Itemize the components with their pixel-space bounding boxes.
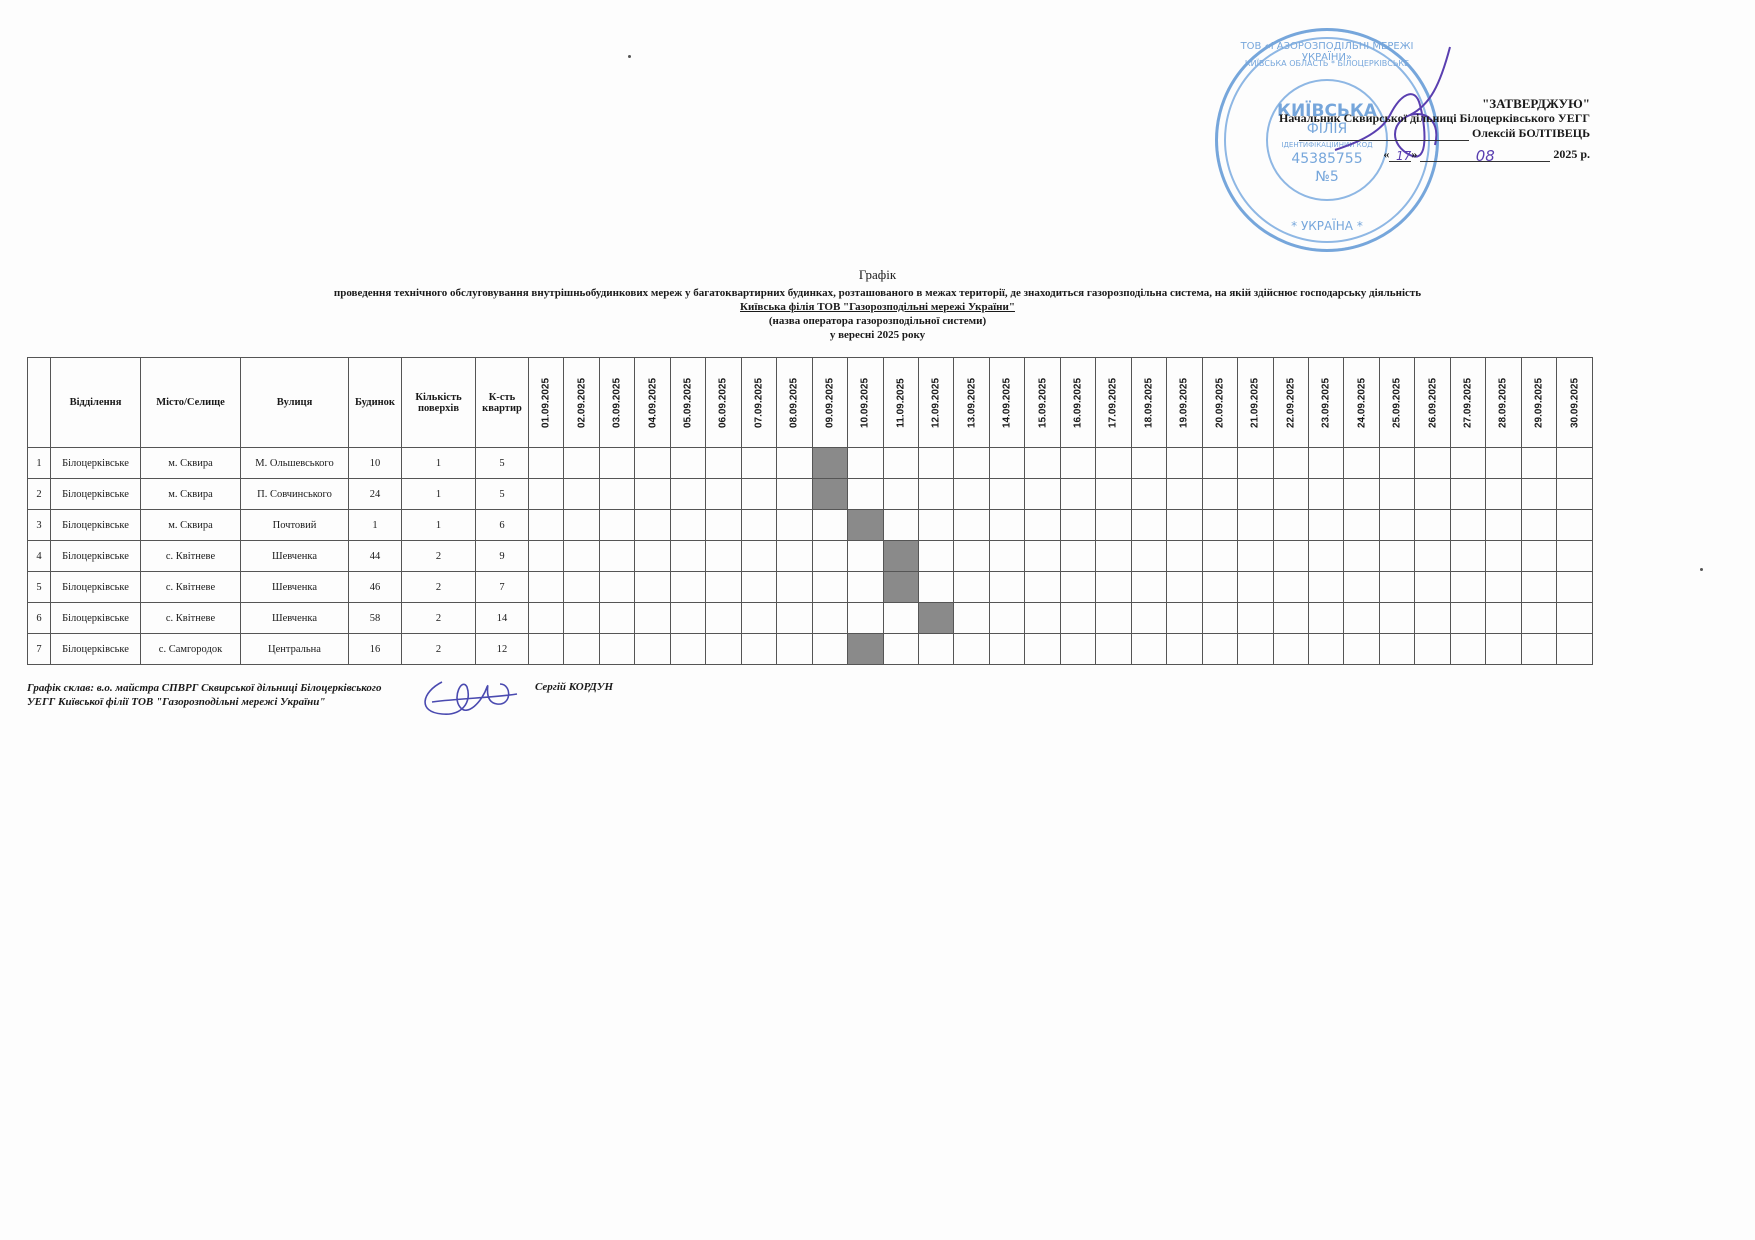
col-date: 16.09.2025 <box>1060 358 1095 448</box>
day-cell <box>670 448 705 479</box>
day-cell <box>777 448 812 479</box>
date-label: 17.09.2025 <box>1108 377 1119 427</box>
day-cell <box>848 541 883 572</box>
day-cell <box>1415 572 1450 603</box>
day-cell <box>635 448 670 479</box>
col-date: 11.09.2025 <box>883 358 918 448</box>
composed-by: Графік склав: в.о. майстра СПВРГ Сквирсь… <box>27 681 397 709</box>
col-date: 19.09.2025 <box>1167 358 1202 448</box>
day-cell <box>1060 479 1095 510</box>
day-cell <box>918 479 953 510</box>
col-date: 18.09.2025 <box>1131 358 1166 448</box>
date-label: 01.09.2025 <box>541 377 552 427</box>
date-label: 29.09.2025 <box>1533 377 1544 427</box>
cell-city: м. Сквира <box>141 479 241 510</box>
day-cell <box>954 448 989 479</box>
day-cell <box>1167 541 1202 572</box>
col-date: 03.09.2025 <box>599 358 634 448</box>
day-cell <box>1379 448 1414 479</box>
day-cell <box>1167 634 1202 665</box>
day-cell <box>1060 448 1095 479</box>
date-label: 24.09.2025 <box>1356 377 1367 427</box>
day-cell <box>1415 541 1450 572</box>
col-date: 21.09.2025 <box>1238 358 1273 448</box>
day-cell <box>1415 603 1450 634</box>
day-cell <box>1521 603 1556 634</box>
day-cell <box>599 572 634 603</box>
date-label: 27.09.2025 <box>1463 377 1474 427</box>
day-cell <box>529 541 564 572</box>
day-cell <box>1450 510 1485 541</box>
day-cell <box>1486 510 1521 541</box>
day-cell <box>883 448 918 479</box>
day-cell <box>741 479 776 510</box>
approval-name: Олексій БОЛТІВЕЦЬ <box>1472 126 1590 140</box>
col-date: 27.09.2025 <box>1450 358 1485 448</box>
cell-city: с. Квітневе <box>141 541 241 572</box>
day-cell <box>1379 634 1414 665</box>
cell-num: 4 <box>28 541 51 572</box>
col-date: 22.09.2025 <box>1273 358 1308 448</box>
cell-building: 16 <box>349 634 402 665</box>
day-cell <box>1238 510 1273 541</box>
cell-floors: 1 <box>402 479 476 510</box>
day-cell <box>1131 603 1166 634</box>
scheduled-day-cell <box>812 448 847 479</box>
day-cell <box>1308 448 1343 479</box>
day-cell <box>1131 634 1166 665</box>
col-date: 20.09.2025 <box>1202 358 1237 448</box>
day-cell <box>1557 634 1593 665</box>
operator-caption: (назва оператора газорозподільної систем… <box>0 314 1755 328</box>
day-cell <box>1202 634 1237 665</box>
table-row: 4Білоцерківськес. КвітневеШевченка4429 <box>28 541 1593 572</box>
day-cell <box>1344 603 1379 634</box>
day-cell <box>706 510 741 541</box>
day-cell <box>1415 634 1450 665</box>
cell-department: Білоцерківське <box>51 479 141 510</box>
day-cell <box>1238 634 1273 665</box>
day-cell <box>1486 479 1521 510</box>
col-date: 28.09.2025 <box>1486 358 1521 448</box>
cell-apartments: 12 <box>476 634 529 665</box>
day-cell <box>564 541 599 572</box>
day-cell <box>848 603 883 634</box>
day-cell <box>741 603 776 634</box>
cell-num: 3 <box>28 510 51 541</box>
day-cell <box>1131 541 1166 572</box>
day-cell <box>918 510 953 541</box>
table-row: 2Білоцерківськем. СквираП. Совчинського2… <box>28 479 1593 510</box>
day-cell <box>1273 572 1308 603</box>
day-cell <box>1450 541 1485 572</box>
col-department: Відділення <box>51 358 141 448</box>
scheduled-day-cell <box>812 479 847 510</box>
day-cell <box>599 603 634 634</box>
day-cell <box>1521 448 1556 479</box>
day-cell <box>670 572 705 603</box>
day-cell <box>777 572 812 603</box>
day-cell <box>989 448 1024 479</box>
day-cell <box>706 634 741 665</box>
day-cell <box>989 510 1024 541</box>
day-cell <box>1273 634 1308 665</box>
day-cell <box>883 510 918 541</box>
composer-name: Сергій КОРДУН <box>535 681 613 693</box>
day-cell <box>812 510 847 541</box>
day-cell <box>1486 572 1521 603</box>
day-cell <box>1167 448 1202 479</box>
day-cell <box>529 479 564 510</box>
day-cell <box>1202 603 1237 634</box>
day-cell <box>599 448 634 479</box>
day-cell <box>1344 479 1379 510</box>
cell-city: м. Сквира <box>141 448 241 479</box>
cell-city: с. Самгородок <box>141 634 241 665</box>
day-cell <box>635 603 670 634</box>
cell-num: 5 <box>28 572 51 603</box>
day-cell <box>954 572 989 603</box>
day-cell <box>670 479 705 510</box>
cell-num: 1 <box>28 448 51 479</box>
day-cell <box>1167 603 1202 634</box>
day-cell <box>529 510 564 541</box>
date-label: 11.09.2025 <box>895 378 906 428</box>
day-cell <box>1379 541 1414 572</box>
stamp-bottom-text: * УКРАЇНА * <box>1218 219 1436 233</box>
day-cell <box>812 541 847 572</box>
date-label: 21.09.2025 <box>1250 377 1261 427</box>
date-label: 15.09.2025 <box>1037 377 1048 427</box>
day-cell <box>848 448 883 479</box>
day-cell <box>1167 510 1202 541</box>
cell-building: 44 <box>349 541 402 572</box>
day-cell <box>883 634 918 665</box>
day-cell <box>741 510 776 541</box>
date-label: 12.09.2025 <box>931 377 942 427</box>
date-label: 25.09.2025 <box>1392 377 1403 427</box>
day-cell <box>635 634 670 665</box>
day-cell <box>599 541 634 572</box>
date-label: 26.09.2025 <box>1427 377 1438 427</box>
cell-street: М. Ольшевського <box>241 448 349 479</box>
day-cell <box>1486 634 1521 665</box>
col-date: 12.09.2025 <box>918 358 953 448</box>
col-date: 02.09.2025 <box>564 358 599 448</box>
day-cell <box>954 510 989 541</box>
day-cell <box>918 448 953 479</box>
table-row: 3Білоцерківськем. СквираПочтовий116 <box>28 510 1593 541</box>
day-cell <box>599 479 634 510</box>
scheduled-day-cell <box>918 603 953 634</box>
day-cell <box>1096 572 1131 603</box>
cell-num: 6 <box>28 603 51 634</box>
day-cell <box>706 603 741 634</box>
approval-position: Начальник Сквирської дільниці Білоцерків… <box>1279 111 1590 126</box>
day-cell <box>883 479 918 510</box>
day-cell <box>989 572 1024 603</box>
day-cell <box>564 634 599 665</box>
day-cell <box>1486 448 1521 479</box>
col-date: 09.09.2025 <box>812 358 847 448</box>
document-title: Графік <box>0 268 1755 282</box>
day-cell <box>1450 603 1485 634</box>
date-label: 16.09.2025 <box>1073 377 1084 427</box>
cell-department: Білоцерківське <box>51 634 141 665</box>
day-cell <box>1273 448 1308 479</box>
date-label: 03.09.2025 <box>612 377 623 427</box>
day-cell <box>1344 541 1379 572</box>
day-cell <box>1450 634 1485 665</box>
day-cell <box>1308 572 1343 603</box>
day-cell <box>529 448 564 479</box>
day-cell <box>1060 603 1095 634</box>
day-cell <box>1202 572 1237 603</box>
day-cell <box>1025 634 1060 665</box>
day-cell <box>706 448 741 479</box>
day-cell <box>1131 479 1166 510</box>
approval-title: "ЗАТВЕРДЖУЮ" <box>1279 96 1590 111</box>
day-cell <box>1557 448 1593 479</box>
day-cell <box>1273 479 1308 510</box>
day-cell <box>1238 479 1273 510</box>
date-label: 08.09.2025 <box>789 377 800 427</box>
day-cell <box>564 510 599 541</box>
day-cell <box>918 634 953 665</box>
scan-speck <box>1700 568 1703 571</box>
date-label: 18.09.2025 <box>1143 377 1154 427</box>
col-date: 13.09.2025 <box>954 358 989 448</box>
day-cell <box>1238 603 1273 634</box>
day-cell <box>564 448 599 479</box>
col-date: 06.09.2025 <box>706 358 741 448</box>
day-cell <box>1308 541 1343 572</box>
day-cell <box>1060 510 1095 541</box>
approval-day: 17 <box>1389 149 1411 162</box>
col-date: 15.09.2025 <box>1025 358 1060 448</box>
scheduled-day-cell <box>883 541 918 572</box>
cell-apartments: 5 <box>476 448 529 479</box>
day-cell <box>1025 572 1060 603</box>
day-cell <box>1131 510 1166 541</box>
cell-street: Шевченка <box>241 541 349 572</box>
day-cell <box>1096 541 1131 572</box>
col-date: 23.09.2025 <box>1308 358 1343 448</box>
day-cell <box>1308 510 1343 541</box>
day-cell <box>1379 603 1414 634</box>
day-cell <box>1273 541 1308 572</box>
day-cell <box>1486 541 1521 572</box>
cell-floors: 1 <box>402 510 476 541</box>
cell-city: м. Сквира <box>141 510 241 541</box>
cell-city: с. Квітневе <box>141 572 241 603</box>
col-date: 07.09.2025 <box>741 358 776 448</box>
col-date: 30.09.2025 <box>1557 358 1593 448</box>
date-label: 10.09.2025 <box>860 377 871 427</box>
day-cell <box>1273 510 1308 541</box>
day-cell <box>1415 479 1450 510</box>
day-cell <box>1521 541 1556 572</box>
cell-num: 2 <box>28 479 51 510</box>
day-cell <box>777 634 812 665</box>
day-cell <box>635 479 670 510</box>
day-cell <box>1308 634 1343 665</box>
date-label: 20.09.2025 <box>1214 377 1225 427</box>
day-cell <box>1344 448 1379 479</box>
col-city: Місто/Селище <box>141 358 241 448</box>
day-cell <box>1344 510 1379 541</box>
cell-building: 46 <box>349 572 402 603</box>
schedule-table: Відділення Місто/Селище Вулиця Будинок К… <box>27 357 1593 665</box>
day-cell <box>1557 572 1593 603</box>
day-cell <box>848 479 883 510</box>
day-cell <box>599 634 634 665</box>
day-cell <box>670 510 705 541</box>
day-cell <box>741 634 776 665</box>
day-cell <box>1379 479 1414 510</box>
date-label: 28.09.2025 <box>1498 377 1509 427</box>
cell-num: 7 <box>28 634 51 665</box>
cell-building: 1 <box>349 510 402 541</box>
cell-department: Білоцерківське <box>51 448 141 479</box>
day-cell <box>1521 510 1556 541</box>
day-cell <box>741 572 776 603</box>
col-date: 01.09.2025 <box>529 358 564 448</box>
day-cell <box>529 603 564 634</box>
day-cell <box>706 479 741 510</box>
cell-street: П. Совчинського <box>241 479 349 510</box>
approval-signature-line <box>1299 128 1469 141</box>
day-cell <box>670 603 705 634</box>
day-cell <box>954 603 989 634</box>
day-cell <box>1202 479 1237 510</box>
scheduled-day-cell <box>848 510 883 541</box>
day-cell <box>989 603 1024 634</box>
day-cell <box>1557 603 1593 634</box>
day-cell <box>1344 634 1379 665</box>
date-label: 05.09.2025 <box>683 377 694 427</box>
day-cell <box>1025 448 1060 479</box>
day-cell <box>1238 448 1273 479</box>
day-cell <box>1415 448 1450 479</box>
approval-block: "ЗАТВЕРДЖУЮ" Начальник Сквирської дільни… <box>1279 96 1590 162</box>
operator-name: Київська філія ТОВ "Газорозподільні мере… <box>0 300 1755 314</box>
date-label: 14.09.2025 <box>1002 377 1013 427</box>
day-cell <box>599 510 634 541</box>
day-cell <box>1025 479 1060 510</box>
table-header-row: Відділення Місто/Селище Вулиця Будинок К… <box>28 358 1593 448</box>
cell-street: Почтовий <box>241 510 349 541</box>
day-cell <box>1131 572 1166 603</box>
day-cell <box>1557 541 1593 572</box>
cell-building: 24 <box>349 479 402 510</box>
day-cell <box>1486 603 1521 634</box>
day-cell <box>1202 448 1237 479</box>
col-date: 08.09.2025 <box>777 358 812 448</box>
day-cell <box>777 541 812 572</box>
cell-apartments: 7 <box>476 572 529 603</box>
cell-department: Білоцерківське <box>51 510 141 541</box>
day-cell <box>635 510 670 541</box>
approval-year: 2025 р. <box>1553 147 1590 161</box>
day-cell <box>706 541 741 572</box>
date-label: 19.09.2025 <box>1179 377 1190 427</box>
cell-street: Шевченка <box>241 572 349 603</box>
cell-floors: 2 <box>402 603 476 634</box>
scheduled-day-cell <box>848 634 883 665</box>
col-building: Будинок <box>349 358 402 448</box>
day-cell <box>1308 479 1343 510</box>
day-cell <box>954 479 989 510</box>
date-label: 13.09.2025 <box>966 377 977 427</box>
day-cell <box>529 572 564 603</box>
col-date: 05.09.2025 <box>670 358 705 448</box>
day-cell <box>918 541 953 572</box>
date-label: 06.09.2025 <box>718 377 729 427</box>
cell-apartments: 5 <box>476 479 529 510</box>
document-header: Графік проведення технічного обслуговува… <box>0 268 1755 342</box>
day-cell <box>1025 541 1060 572</box>
day-cell <box>1096 510 1131 541</box>
date-label: 04.09.2025 <box>647 377 658 427</box>
composer-signature-icon <box>412 672 522 722</box>
day-cell <box>989 541 1024 572</box>
col-date: 24.09.2025 <box>1344 358 1379 448</box>
day-cell <box>741 541 776 572</box>
date-label: 22.09.2025 <box>1285 377 1296 427</box>
table-row: 7Білоцерківськес. СамгородокЦентральна16… <box>28 634 1593 665</box>
day-cell <box>989 479 1024 510</box>
date-label: 07.09.2025 <box>753 377 764 427</box>
day-cell <box>635 541 670 572</box>
scan-speck <box>628 55 631 58</box>
day-cell <box>777 479 812 510</box>
day-cell <box>1450 479 1485 510</box>
day-cell <box>1096 479 1131 510</box>
day-cell <box>1450 572 1485 603</box>
cell-apartments: 9 <box>476 541 529 572</box>
day-cell <box>706 572 741 603</box>
col-street: Вулиця <box>241 358 349 448</box>
day-cell <box>1202 541 1237 572</box>
day-cell <box>954 634 989 665</box>
col-floors: Кількість поверхів <box>402 358 476 448</box>
col-date: 17.09.2025 <box>1096 358 1131 448</box>
table-row: 1Білоцерківськем. СквираМ. Ольшевського1… <box>28 448 1593 479</box>
day-cell <box>848 572 883 603</box>
day-cell <box>1025 510 1060 541</box>
table-row: 6Білоцерківськес. КвітневеШевченка58214 <box>28 603 1593 634</box>
day-cell <box>777 510 812 541</box>
cell-apartments: 14 <box>476 603 529 634</box>
cell-department: Білоцерківське <box>51 603 141 634</box>
col-date: 10.09.2025 <box>848 358 883 448</box>
day-cell <box>1096 603 1131 634</box>
col-date: 29.09.2025 <box>1521 358 1556 448</box>
day-cell <box>1060 572 1095 603</box>
day-cell <box>1273 603 1308 634</box>
day-cell <box>1521 479 1556 510</box>
day-cell <box>1557 479 1593 510</box>
day-cell <box>777 603 812 634</box>
col-num <box>28 358 51 448</box>
day-cell <box>564 479 599 510</box>
day-cell <box>1060 541 1095 572</box>
cell-floors: 2 <box>402 572 476 603</box>
schedule-period: у вересні 2025 року <box>0 328 1755 342</box>
cell-department: Білоцерківське <box>51 541 141 572</box>
date-label: 09.09.2025 <box>824 377 835 427</box>
